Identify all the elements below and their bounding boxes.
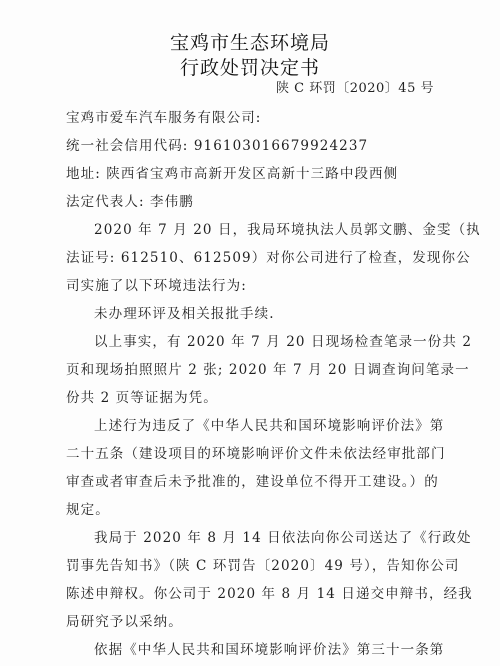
paragraph-line: 我局于 2020 年 8 月 14 日依法向你公司送达了《行政处: [94, 526, 472, 546]
paragraph-line: 2020 年 7 月 20 日，我局环境执法人员郭文鹏、金雯（执: [94, 218, 481, 238]
paragraph-line: 司实施了以下环境违法行为:: [66, 274, 247, 294]
document-type-title: 行政处罚决定书: [0, 53, 500, 80]
paragraph-line: 审查或者审查后未予批准的，建设单位不得开工建设。）的: [66, 470, 439, 490]
legal-representative: 法定代表人: 李伟鹏: [66, 190, 194, 210]
paragraph-line: 页和现场拍照照片 2 张; 2020 年 7 月 20 日调查询问笔录一: [66, 358, 470, 378]
document-number: 陕 C 环罚〔2020〕45 号: [276, 77, 434, 96]
recipient: 宝鸡市爱车汽车服务有限公司:: [66, 106, 261, 126]
paragraph-line: 局研究予以采纳。: [66, 610, 183, 630]
document-page: 宝鸡市生态环境局 行政处罚决定书 陕 C 环罚〔2020〕45 号 宝鸡市爱车汽…: [0, 0, 500, 666]
address: 地址: 陕西省宝鸡市高新开发区高新十三路中段西侧: [66, 162, 398, 182]
agency-title: 宝鸡市生态环境局: [0, 28, 500, 55]
violation-line: 未办理环评及相关报批手续.: [94, 302, 275, 322]
paragraph-line: 陈述申辩权。你公司于 2020 年 8 月 14 日递交申辩书，经我: [66, 582, 473, 602]
paragraph-line: 规定。: [66, 498, 110, 518]
paragraph-line: 罚事先告知书》（陕 C 环罚告〔2020〕49 号），告知你公司: [66, 554, 459, 574]
paragraph-line: 依据《中华人民共和国环境影响评价法》第三十一条第: [94, 638, 444, 658]
paragraph-line: 二十五条（建设项目的环境影响评价文件未依法经审批部门: [66, 442, 446, 462]
credit-code: 统一社会信用代码: 916103016679924237: [66, 134, 368, 154]
paragraph-line: 以上事实，有 2020 年 7 月 20 日现场检查笔录一份共 2: [94, 330, 472, 350]
paragraph-line: 上述行为违反了《中华人民共和国环境影响评价法》第: [94, 414, 444, 434]
paragraph-line: 份共 2 页等证据为凭。: [66, 386, 218, 406]
paragraph-line: 法证号: 612510、612509）对你公司进行了检查，发现你公: [66, 246, 471, 266]
